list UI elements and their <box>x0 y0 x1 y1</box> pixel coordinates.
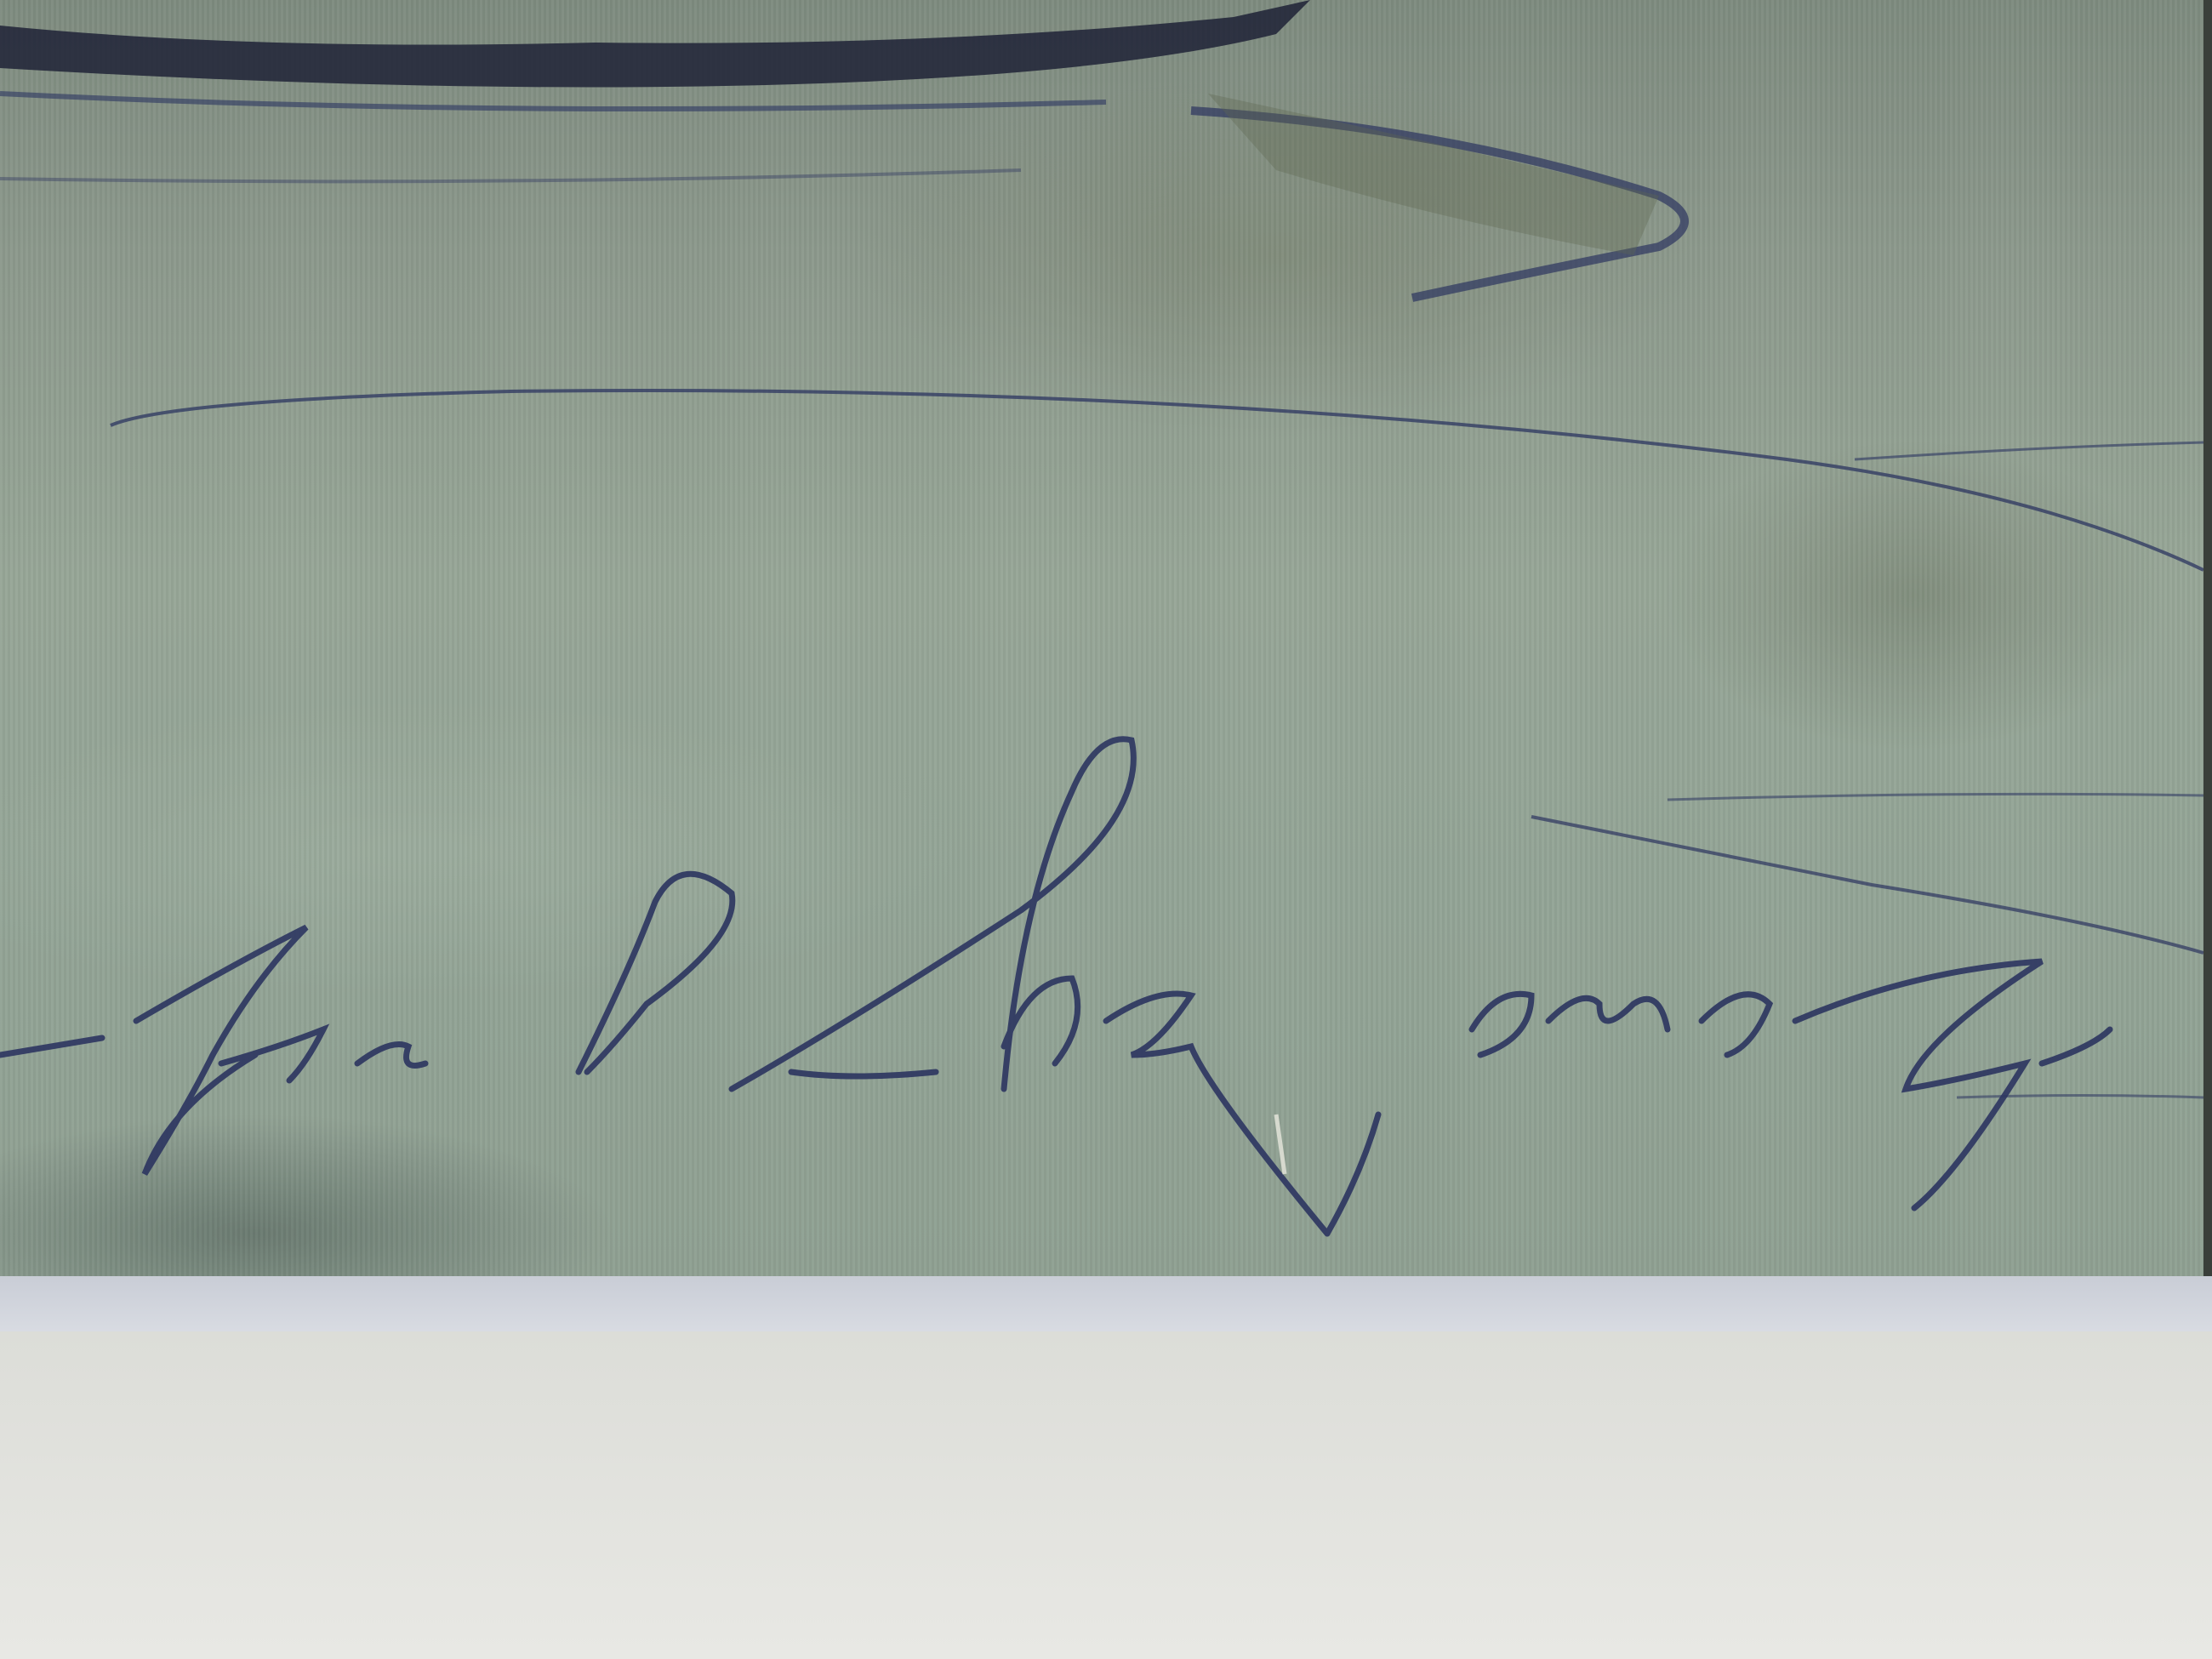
photograph: ...zer P Lanzomez <box>0 0 2212 1659</box>
dark-ink-shape <box>0 0 1310 88</box>
mat-board <box>0 1331 2212 1659</box>
signature <box>0 739 2110 1234</box>
frame-edge <box>2203 0 2212 1293</box>
mat-bevel <box>0 1276 2212 1331</box>
ink-strokes <box>0 0 2212 1276</box>
